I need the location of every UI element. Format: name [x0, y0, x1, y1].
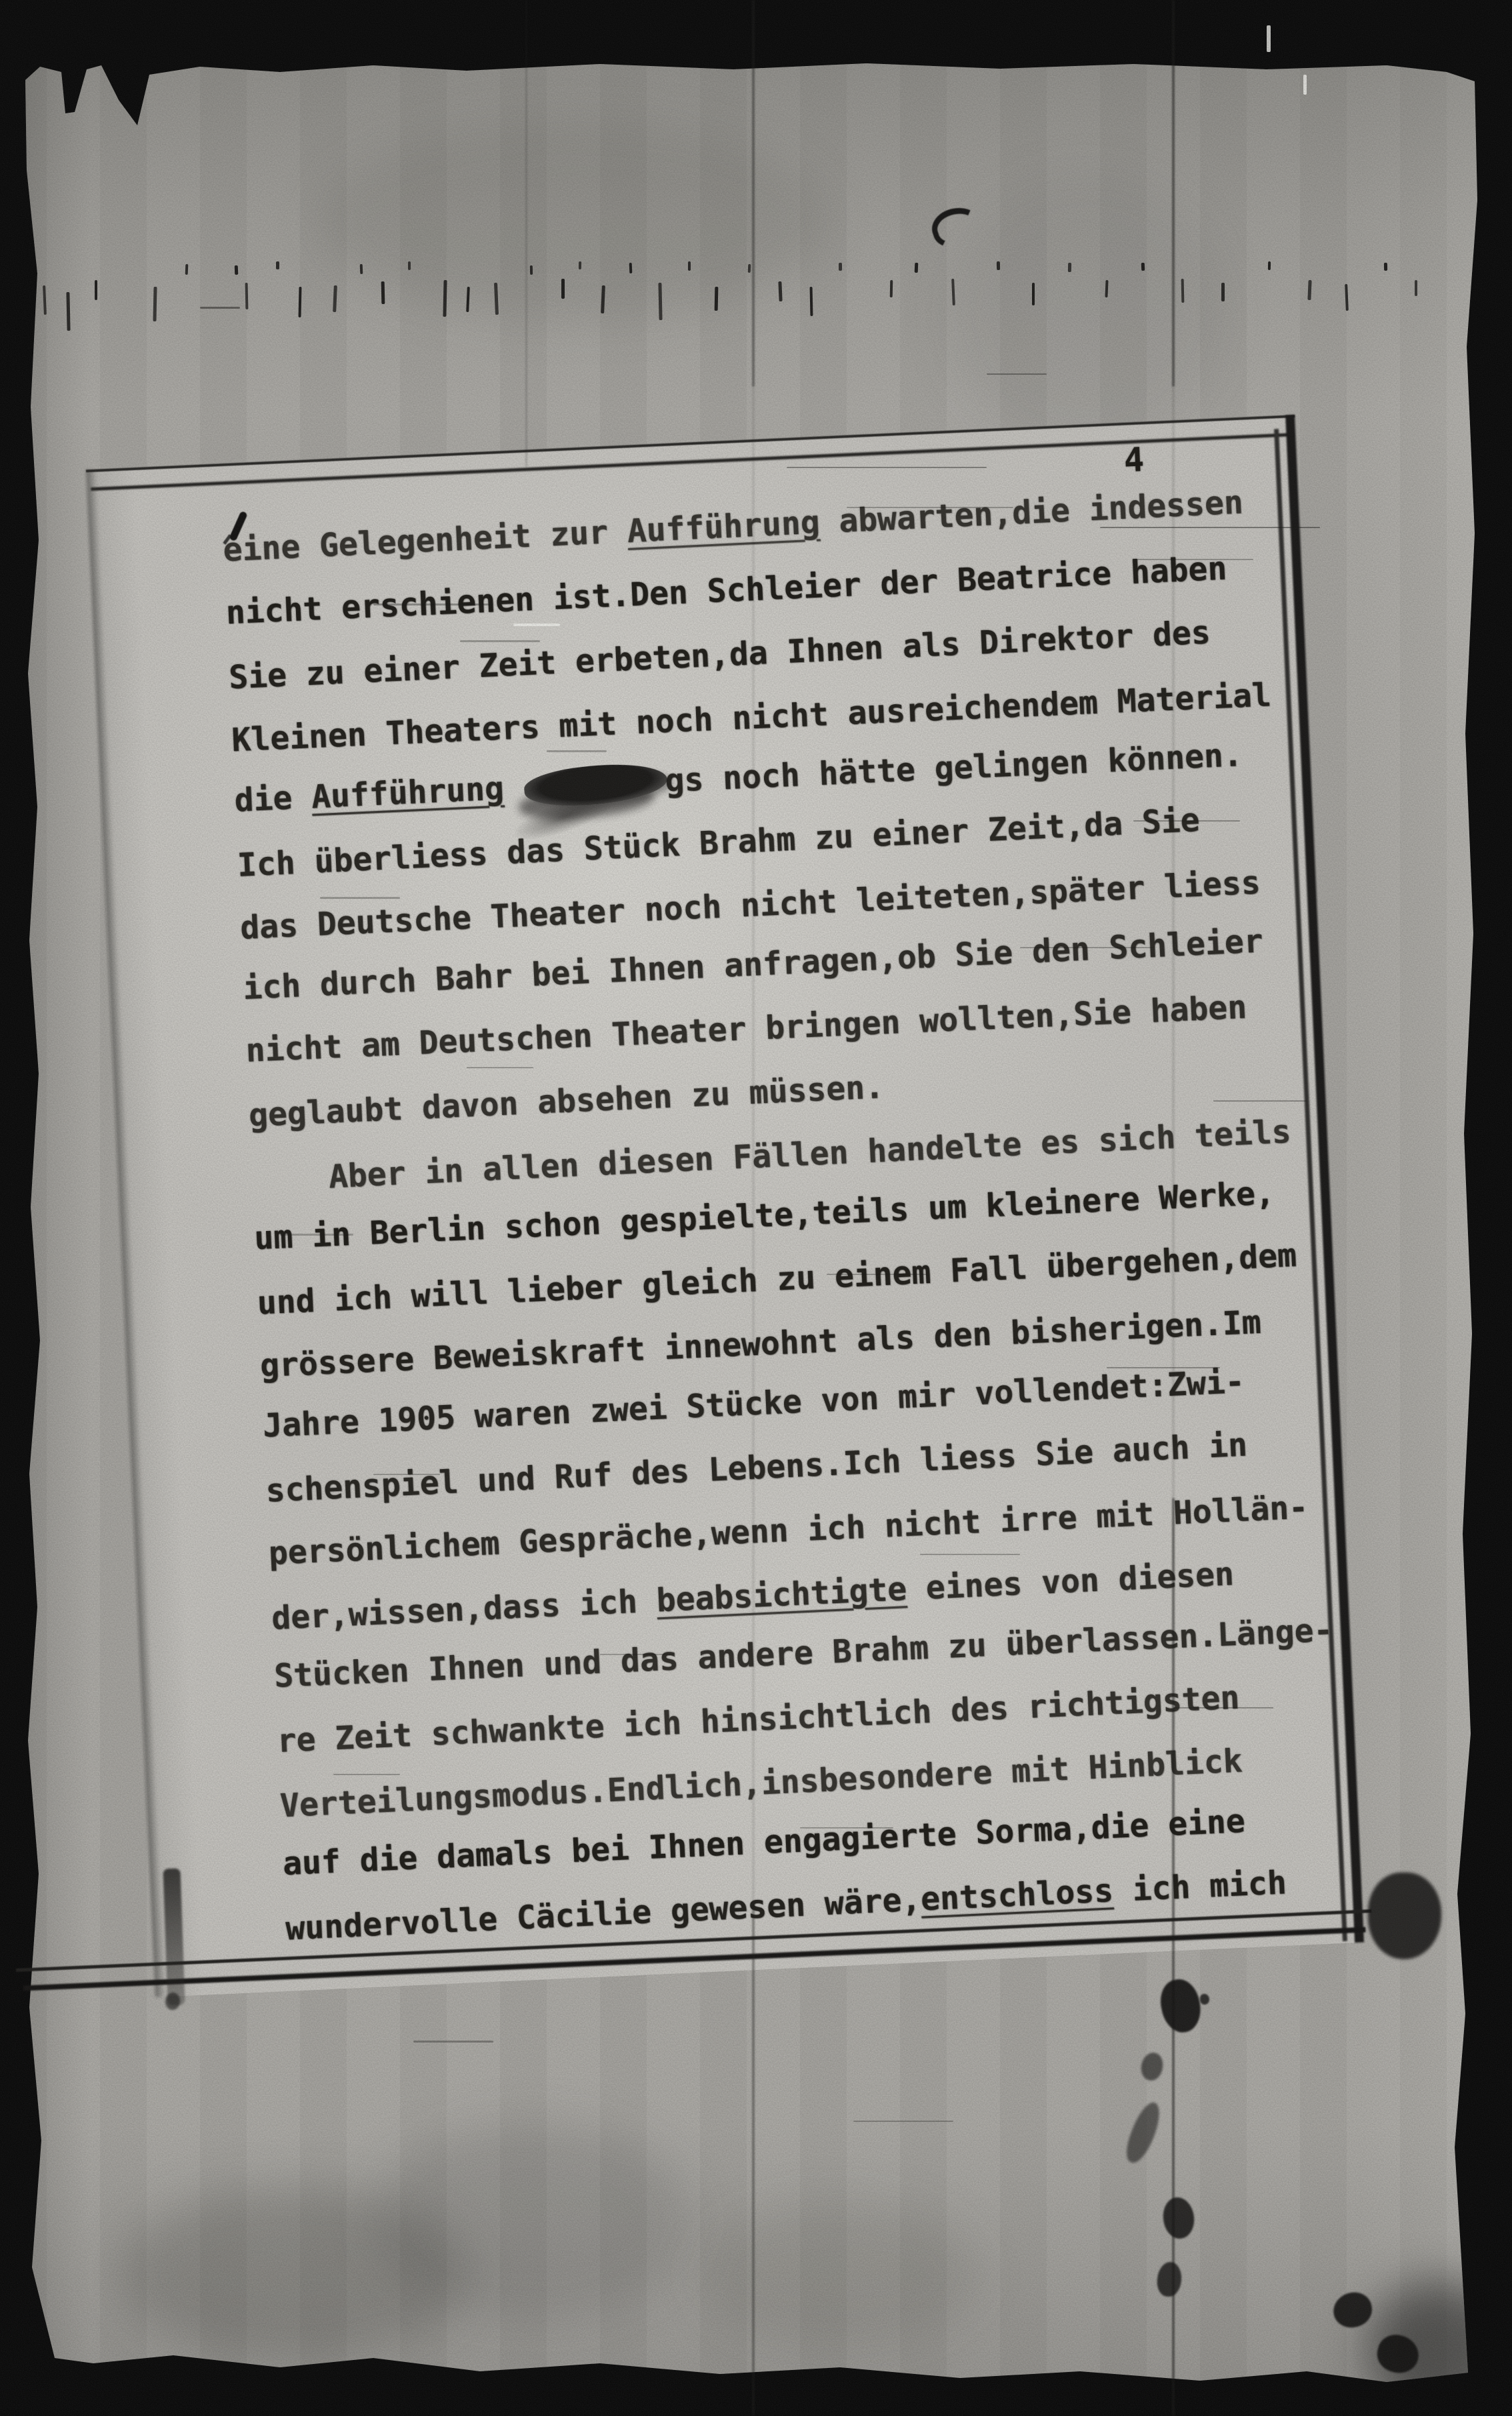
tick-mark [360, 264, 363, 274]
tick-mark [890, 280, 893, 297]
tick-mark [778, 281, 782, 301]
tick-mark [530, 265, 533, 275]
scratch-line [333, 1774, 400, 1775]
tick-mark [381, 281, 385, 304]
stain-bottom-center [700, 2201, 980, 2347]
tick-mark [299, 287, 302, 317]
typed-text-block: eine Gelegenheit zur Aufführung abwarten… [222, 472, 1353, 1961]
scratch-line [853, 2121, 953, 2122]
light-scratch [1303, 75, 1307, 95]
tick-mark [235, 265, 239, 275]
light-scratch [1267, 25, 1271, 52]
scratch-line [920, 1554, 1020, 1555]
faint-crease [525, 0, 527, 467]
page-number: 4 [1123, 440, 1147, 479]
scratch-line [413, 2041, 493, 2043]
scratch-line [547, 750, 607, 752]
tick-mark [245, 283, 249, 309]
tick-mark [748, 264, 751, 273]
tick-mark [1307, 280, 1311, 300]
tick-mark [1268, 261, 1271, 270]
scratch-line [800, 1827, 893, 1829]
tick-mark [688, 261, 691, 271]
archival-photo: 4 eine Gelegenheit zur Aufführung abwart… [0, 0, 1512, 2416]
tick-mark [333, 285, 337, 312]
scratch-line [1133, 820, 1240, 822]
scratch-line [467, 1067, 533, 1068]
tick-mark [443, 280, 447, 317]
tick-mark [43, 285, 47, 315]
scratch-line [827, 1274, 927, 1275]
scratch-line [280, 1234, 353, 1236]
scratch-line [460, 640, 540, 642]
ink-blot [1200, 1994, 1209, 2005]
tick-mark [276, 261, 279, 269]
tick-mark [915, 263, 919, 273]
tick-mark [66, 292, 70, 331]
scratch-line [600, 1654, 673, 1655]
scratch-line [1133, 559, 1253, 560]
tick-mark [95, 280, 97, 300]
scratch-line [787, 467, 987, 468]
center-fold-crease [752, 0, 755, 2416]
tick-mark [1221, 283, 1225, 301]
tick-mark [185, 264, 189, 275]
tick-mark [997, 261, 1000, 270]
scratch-line [1213, 1100, 1307, 1102]
scratch-line [1100, 527, 1320, 528]
right-fold-crease [1172, 0, 1175, 2416]
scratch-line [1020, 947, 1153, 948]
stain-bottom-left-2 [373, 2121, 693, 2321]
ink-blot [165, 1993, 180, 2010]
tick-mark [408, 261, 411, 270]
light-scratch [513, 624, 560, 626]
scratch-line [320, 897, 400, 899]
scratch-line [373, 603, 493, 606]
stain-top-center [320, 120, 827, 320]
scratch-line [847, 507, 1013, 508]
tick-mark [1032, 283, 1035, 305]
tick-mark [1345, 284, 1349, 311]
ink-blot [1368, 1873, 1441, 1959]
scratch-line [1107, 1367, 1220, 1368]
tick-mark [1384, 263, 1387, 271]
scratch-line [1173, 1707, 1273, 1708]
tick-mark [629, 263, 633, 273]
tick-mark [810, 287, 813, 316]
tick-mark [1415, 280, 1417, 296]
tick-mark [153, 287, 157, 321]
tick-mark [839, 263, 842, 271]
tick-mark [1181, 279, 1185, 303]
scratch-line [200, 307, 240, 309]
tick-mark [715, 287, 719, 311]
scratch-line [987, 373, 1047, 375]
stain-top-right [947, 173, 1227, 453]
tick-mark [1068, 263, 1071, 272]
scratch-line [373, 1474, 440, 1475]
tick-mark [561, 279, 565, 299]
redaction-blot [523, 759, 669, 812]
tick-mark [1141, 263, 1145, 271]
tick-mark [579, 261, 581, 269]
